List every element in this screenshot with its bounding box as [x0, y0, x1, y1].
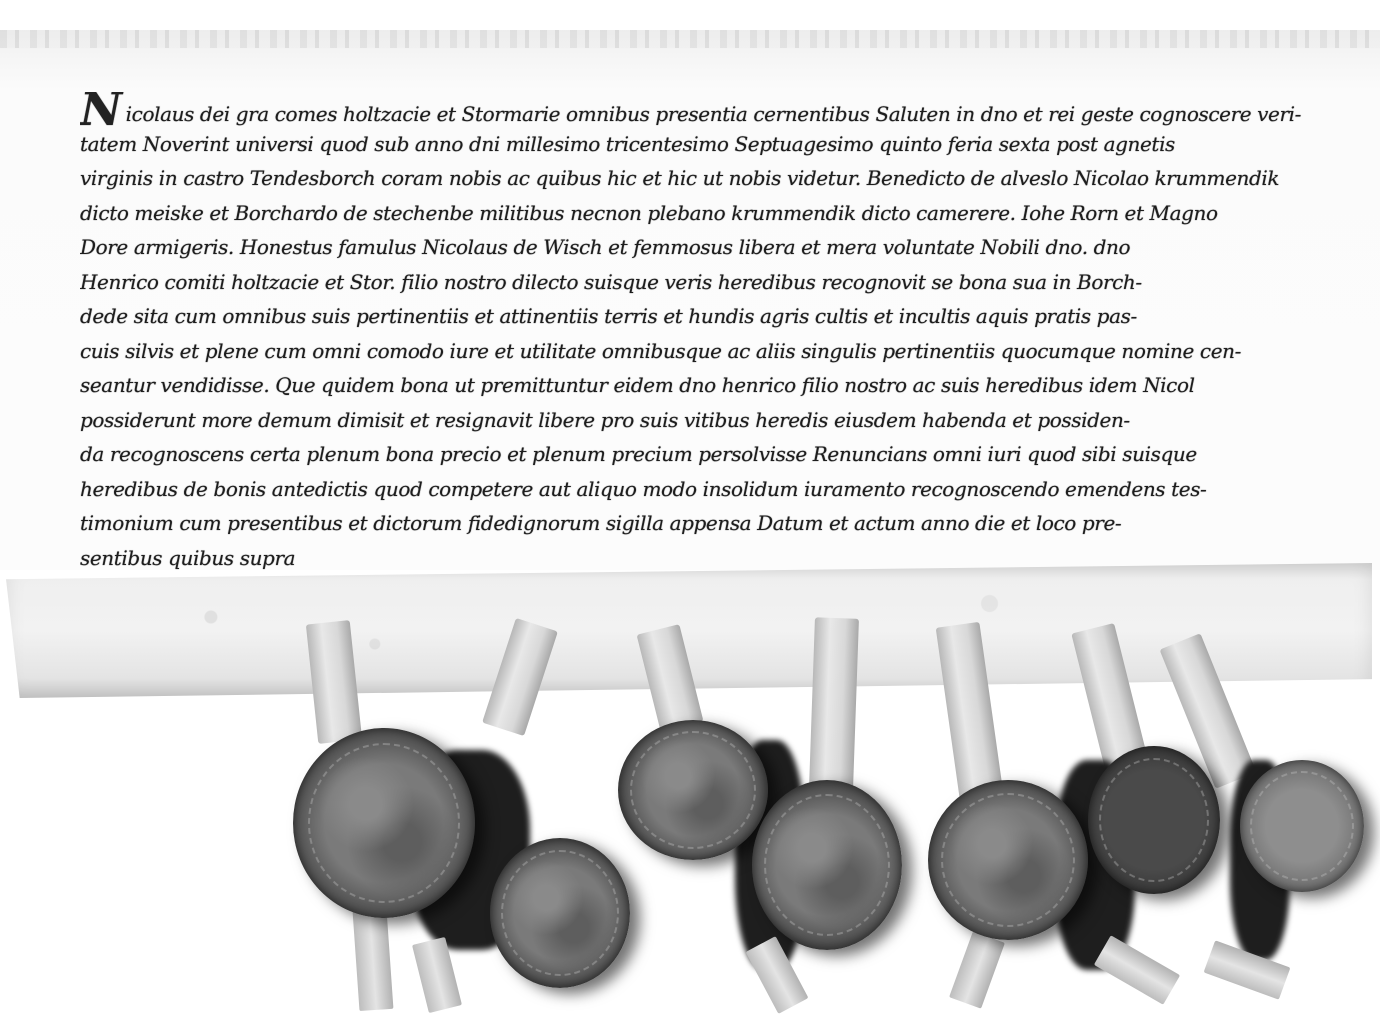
- charter-parchment: Nicolaus dei gra comes holtzacie et Stor…: [0, 30, 1380, 570]
- text-line-5: Dore armigeris. Honestus famulus Nicolau…: [80, 230, 1370, 265]
- text-line-7: dede sita cum omnibus suis pertinentiis …: [80, 299, 1370, 334]
- wax-seal-7: [1240, 760, 1364, 892]
- text-line-4: dicto meiske et Borchardo de stechenbe m…: [80, 196, 1370, 231]
- wax-seal-5: [928, 780, 1088, 940]
- text-line-10: possiderunt more demum dimisit et resign…: [80, 403, 1370, 438]
- seal-tag-tail: [949, 931, 1005, 1008]
- wax-seal-1: [293, 728, 475, 918]
- charter-text: Nicolaus dei gra comes holtzacie et Stor…: [80, 92, 1370, 575]
- text-line-1: Nicolaus dei gra comes holtzacie et Stor…: [80, 92, 1370, 127]
- seal-tag-tail: [746, 936, 809, 1014]
- seal-tag-tail: [353, 909, 394, 1011]
- text-line-2: tatem Noverint universi quod sub anno dn…: [80, 127, 1370, 162]
- wax-seal-6: [1088, 746, 1220, 894]
- seal-strip-4: [809, 617, 859, 788]
- text-line-content: icolaus dei gra comes holtzacie et Storm…: [126, 102, 1301, 126]
- text-line-8: cuis silvis et plene cum omni comodo iur…: [80, 334, 1370, 369]
- text-line-13: timonium cum presentibus et dictorum fid…: [80, 506, 1370, 541]
- wax-seal-4: [752, 780, 902, 950]
- text-line-11: da recognoscens certa plenum bona precio…: [80, 437, 1370, 472]
- seal-tag-tail: [1094, 935, 1180, 1004]
- text-line-6: Henrico comiti holtzacie et Stor. filio …: [80, 265, 1370, 300]
- decorated-initial: N: [80, 92, 122, 127]
- text-line-12: heredibus de bonis antedictis quod compe…: [80, 472, 1370, 507]
- wax-seal-3: [618, 720, 768, 860]
- text-line-3: virginis in castro Tendesborch coram nob…: [80, 161, 1370, 196]
- text-line-9: seantur vendidisse. Que quidem bona ut p…: [80, 368, 1370, 403]
- wax-seal-2: [490, 838, 630, 988]
